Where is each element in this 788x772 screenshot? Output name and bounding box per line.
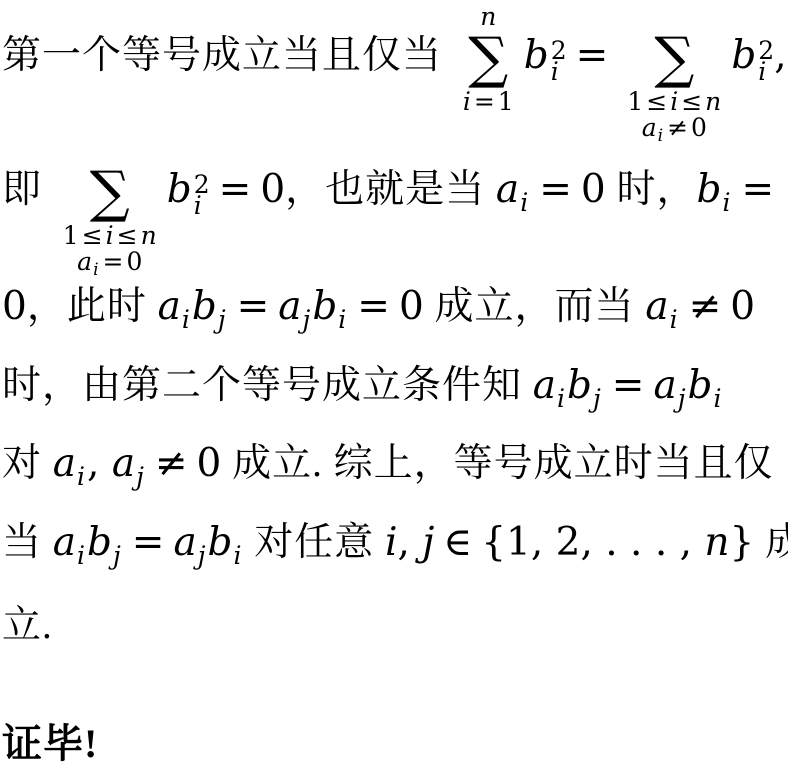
sum-sigma-symbol: ∑ [63, 164, 157, 222]
relation-operator: ∈ [443, 520, 472, 565]
sum-upper-limit: n [480, 4, 496, 29]
proof-line-3: 0，此时 aibj=ajbi=0 成立，而当 ai≠0 [2, 279, 786, 335]
subscript: i [77, 464, 85, 489]
math-variable: a [496, 167, 519, 212]
cjk-text: 成立，而当 [424, 285, 646, 328]
subscript-term: bi [207, 521, 243, 564]
subsup-term: b2i [167, 168, 210, 211]
cjk-text: 对任意 [243, 521, 385, 564]
subscript-term: ai [53, 442, 87, 485]
math-variable: a [158, 284, 181, 329]
cjk-text: ，也就是当 [285, 168, 496, 211]
math-number: , [774, 33, 786, 78]
relation-operator: ≠ [155, 441, 188, 486]
subscript: j [303, 307, 311, 332]
subscript-term: bj [87, 521, 123, 564]
operator: = [474, 87, 495, 116]
operator: ≤ [681, 87, 702, 116]
subscript: i [233, 543, 241, 568]
subscript-term: ai [77, 247, 99, 276]
math-number: {1, 2, . . . , [481, 520, 704, 565]
subscript: i [77, 543, 85, 568]
subscript-term: aj [112, 442, 146, 485]
scripts: 2i [758, 40, 774, 82]
math-variable: b [696, 167, 721, 212]
math-variable: n [480, 2, 496, 31]
math-variable: a [53, 441, 76, 486]
math-variable: b [87, 520, 112, 565]
proof-line-8: 证毕! [2, 716, 786, 772]
cjk-text: 立. [2, 604, 53, 647]
subscript: i [520, 190, 528, 215]
math-variable: i [385, 520, 397, 565]
math-variable: n [705, 87, 721, 116]
subscript: j [218, 307, 226, 332]
subsup-term: b2i [524, 34, 567, 77]
sum-lower-limits: 1≤i≤nai≠0 [627, 89, 721, 140]
operator: ≠ [667, 113, 688, 142]
math-variable: b [312, 284, 337, 329]
sum-lower-limit: 1≤i≤n [63, 223, 157, 248]
proof-line-6: 当 aibj=ajbi 对任意 i, j∈{1, 2, . . . , n} 成 [2, 515, 786, 571]
math-number: 1 [627, 87, 643, 116]
math-variable: n [141, 221, 157, 250]
sum-lower-limits: 1≤i≤nai=0 [63, 223, 157, 274]
relation-operator: = [237, 284, 270, 329]
math-variable: b [687, 363, 712, 408]
relation-operator: ≠ [689, 284, 722, 329]
cjk-text: 当 [2, 521, 53, 564]
math-number: 0 [730, 284, 755, 329]
sum-sigma-symbol: ∑ [627, 30, 721, 88]
subscript-term: bj [567, 364, 603, 407]
math-variable: b [567, 363, 592, 408]
operator: ≤ [646, 87, 667, 116]
math-variable: j [422, 520, 434, 565]
math-number: 1 [63, 221, 79, 250]
math-variable: a [278, 284, 301, 329]
relation-operator: = [576, 33, 609, 78]
subscript: i [551, 61, 559, 82]
math-variable: i [463, 87, 471, 116]
summation: ∑1≤i≤nai≠0 [627, 30, 721, 88]
cjk-text: 时， [606, 168, 697, 211]
operator: = [103, 247, 124, 276]
math-variable: a [53, 520, 76, 565]
math-number: 0 [197, 441, 222, 486]
subsup-term: b2i [731, 34, 774, 77]
sum-lower-limit: ai≠0 [642, 115, 707, 140]
summation: n∑i=1 [463, 30, 514, 88]
cjk-text: 即 [2, 168, 53, 211]
subscript: i [93, 262, 98, 279]
subscript-term: bi [687, 364, 723, 407]
math-variable: a [653, 363, 676, 408]
math-number: 0 [691, 113, 707, 142]
math-variable: b [207, 520, 232, 565]
subscript: i [194, 195, 202, 216]
math-variable: a [173, 520, 196, 565]
math-variable: i [106, 221, 114, 250]
math-number: 0 [126, 247, 142, 276]
operator: ≤ [82, 221, 103, 250]
subscript: j [198, 543, 206, 568]
scripts: 2i [194, 174, 210, 216]
subscript: j [113, 543, 121, 568]
relation-operator: = [219, 167, 252, 212]
math-number: 0 [399, 284, 424, 329]
subscript-term: ai [158, 285, 192, 328]
subscript: i [713, 386, 721, 411]
proof-line-7: 立. [2, 598, 786, 654]
math-number: , [87, 441, 112, 486]
proof-document: 第一个等号成立当且仅当 n∑i=1b2i=∑1≤i≤nai≠0b2i,即 ∑1≤… [0, 0, 788, 772]
cjk-text: 成 [754, 521, 788, 564]
sum-lower-limits: i=1 [463, 89, 514, 114]
proof-line-4: 时，由第二个等号成立条件知 aibj=ajbi [2, 358, 786, 414]
subscript: j [678, 386, 686, 411]
sum-lower-limit: 1≤i≤n [627, 89, 721, 114]
subscript-term: bi [312, 285, 348, 328]
relation-operator: = [741, 167, 774, 212]
subscript: i [670, 307, 678, 332]
relation-operator: = [612, 363, 645, 408]
operator: ≤ [117, 221, 138, 250]
subscript: i [182, 307, 190, 332]
math-variable: n [704, 520, 729, 565]
proof-line-2: 即 ∑1≤i≤nai=0b2i=0，也就是当 ai=0 时，bi= [2, 158, 786, 222]
math-variable: b [731, 33, 756, 78]
cjk-text: 对 [2, 442, 53, 485]
subscript-term: aj [278, 285, 312, 328]
math-variable: a [112, 441, 135, 486]
subscript-term: ai [645, 285, 679, 328]
math-variable: b [167, 167, 192, 212]
proof-line-1: 第一个等号成立当且仅当 n∑i=1b2i=∑1≤i≤nai≠0b2i, [2, 24, 786, 88]
subscript-term: ai [533, 364, 567, 407]
math-number: , [397, 520, 422, 565]
subscript-term: aj [173, 521, 207, 564]
subscript-term: bj [192, 285, 228, 328]
subscript: i [557, 386, 565, 411]
math-number: 0 [260, 167, 285, 212]
cjk-text: 证毕! [2, 721, 98, 766]
proof-line-5: 对 ai, aj≠0 成立. 综上，等号成立时当且仅 [2, 436, 786, 492]
subscript: j [593, 386, 601, 411]
cjk-text: 成立. 综上，等号成立时当且仅 [221, 442, 773, 485]
subscript: i [758, 61, 766, 82]
relation-operator: = [132, 520, 165, 565]
summation: ∑1≤i≤nai=0 [63, 164, 157, 222]
relation-operator: = [539, 167, 572, 212]
subscript-term: bi [696, 168, 732, 211]
subscript: i [658, 128, 663, 145]
sum-lower-limit: ai=0 [77, 249, 142, 274]
math-variable: a [645, 284, 668, 329]
scripts: 2i [551, 40, 567, 82]
math-number: } [730, 520, 755, 565]
cjk-text: ，此时 [27, 285, 158, 328]
math-variable: i [670, 87, 678, 116]
math-variable: a [533, 363, 556, 408]
relation-operator: = [357, 284, 390, 329]
math-variable: b [524, 33, 549, 78]
math-variable: a [77, 247, 92, 276]
subscript-term: ai [496, 168, 530, 211]
subscript-term: ai [642, 113, 664, 142]
subscript: i [722, 190, 730, 215]
cjk-text: 第一个等号成立当且仅当 [2, 34, 453, 77]
math-variable: a [642, 113, 657, 142]
sum-lower-limit: i=1 [463, 89, 514, 114]
subscript: j [136, 464, 144, 489]
cjk-text: 时，由第二个等号成立条件知 [2, 364, 533, 407]
math-variable: b [192, 284, 217, 329]
math-number: 0 [2, 284, 27, 329]
subscript: i [338, 307, 346, 332]
subscript-term: ai [53, 521, 87, 564]
sum-sigma-symbol: ∑ [463, 30, 514, 88]
subscript-term: aj [653, 364, 687, 407]
math-number: 0 [581, 167, 606, 212]
math-number: 1 [498, 87, 514, 116]
